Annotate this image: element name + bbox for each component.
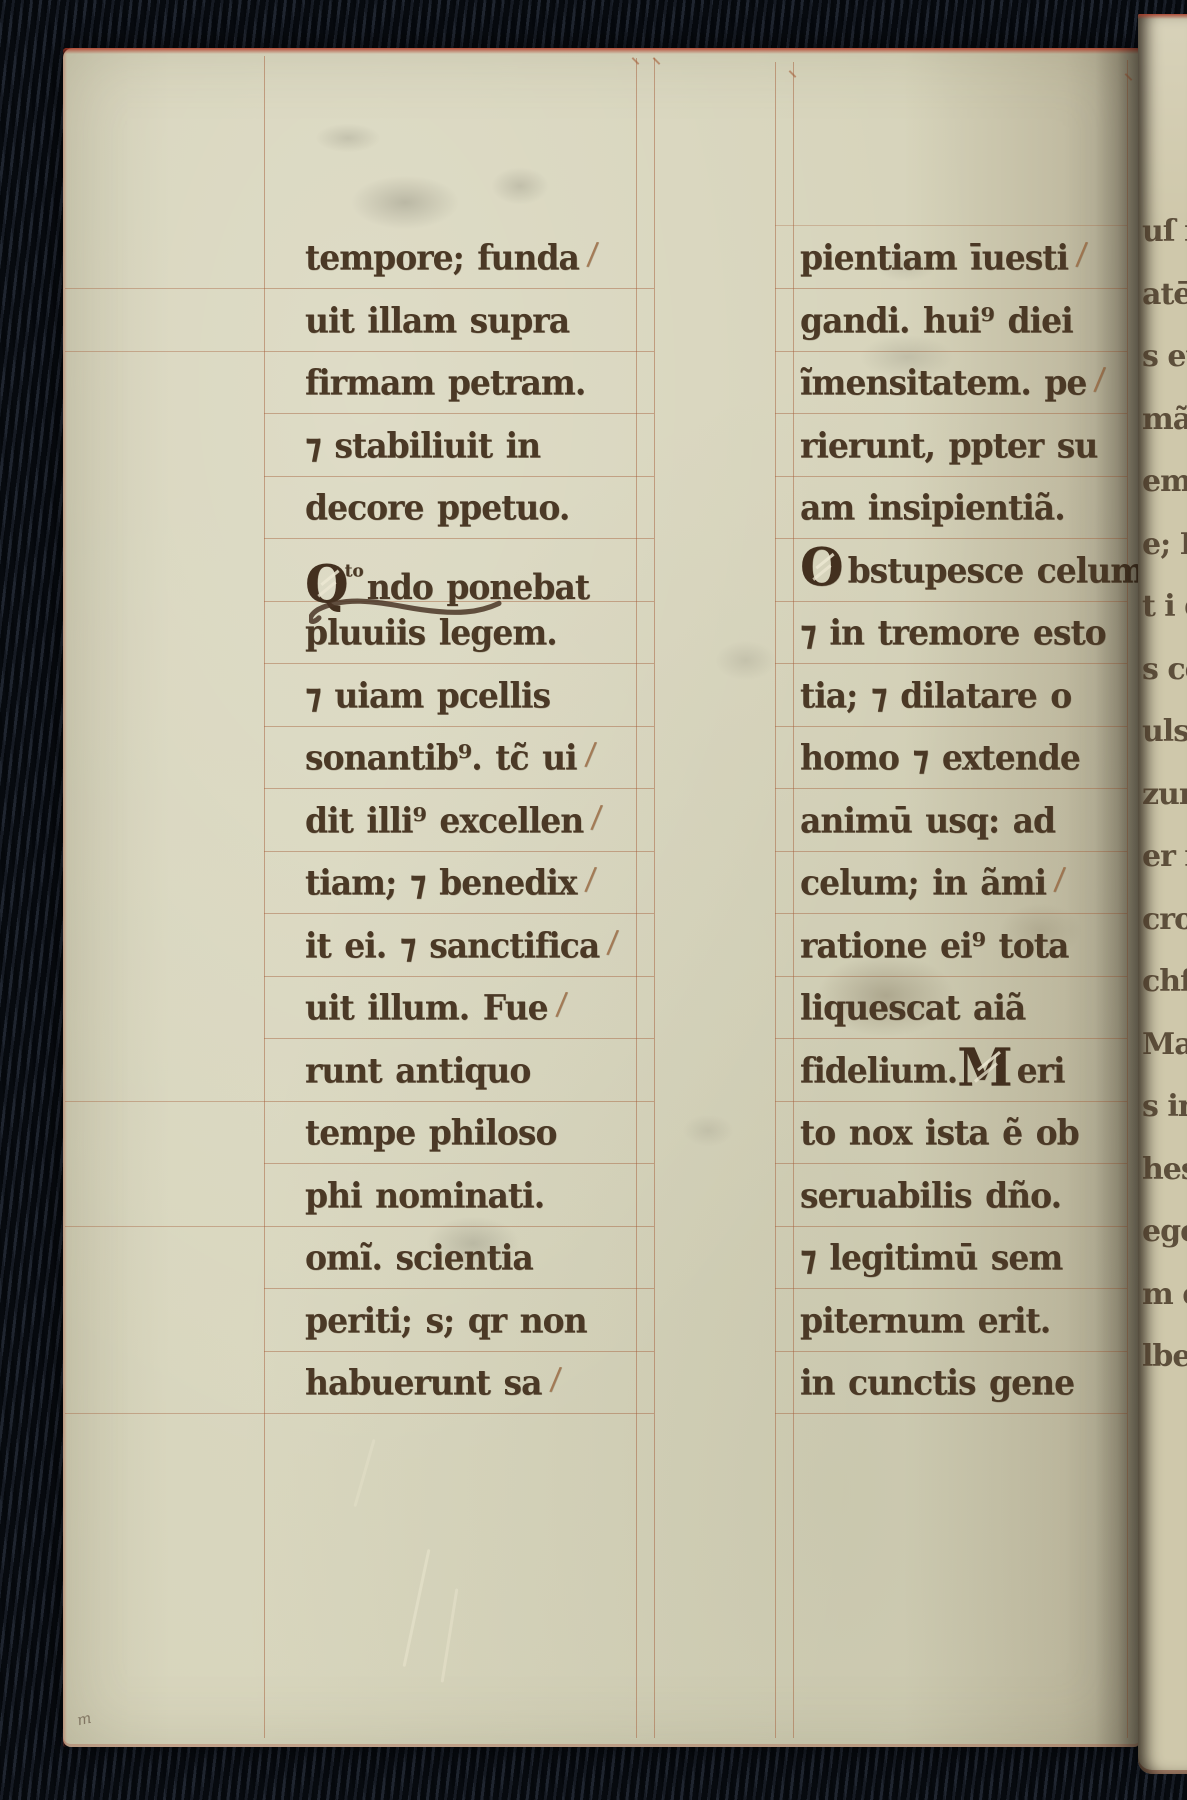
column-ruling-vertical	[654, 58, 655, 1738]
line-filler-stroke: /	[1052, 852, 1067, 909]
manuscript-text-line: uit illum. Fue/	[305, 980, 565, 1042]
line-text: ĩmensitatem. pe	[800, 362, 1086, 403]
line-text: uit illam supra	[305, 300, 569, 341]
line-ruling-margin-extension	[65, 1413, 264, 1414]
manuscript-text-line: seruabilis dño.	[800, 1168, 1061, 1230]
line-text: phi nominati.	[305, 1175, 544, 1216]
manuscript-text-line: pluuiis legem.	[305, 605, 557, 667]
line-text: ⁊ stabiliuit in	[305, 425, 540, 466]
line-text: gandi. hui⁹ diei	[800, 300, 1073, 341]
line-filler-stroke: /	[1092, 352, 1107, 409]
line-text: omĩ. scientia	[305, 1237, 533, 1278]
ink-smudge	[330, 165, 480, 240]
manuscript-text-line: uit illam supra	[305, 293, 569, 355]
line-text: ⁊ legitimū sem	[800, 1237, 1062, 1278]
line-text: eri	[1017, 1050, 1065, 1091]
line-text: tempore; funda	[305, 237, 579, 278]
manuscript-text-line: it ei. ⁊ sanctifica/	[305, 918, 616, 980]
next-folio-line-fragment: er ſpei	[1142, 839, 1187, 874]
line-text: decore ppetuo.	[305, 487, 569, 528]
line-filler-stroke: /	[553, 977, 568, 1034]
line-text: bstupesce celum.	[848, 550, 1155, 591]
line-text: tiam; ⁊ benedix	[305, 862, 577, 903]
manuscript-text-line: tia; ⁊ dilatare o	[800, 668, 1071, 730]
line-text: ⁊ uiam pcellis	[305, 675, 550, 716]
manuscript-text-line: tempe philoso	[305, 1105, 556, 1167]
line-text: in cunctis gene	[800, 1362, 1074, 1403]
line-text: seruabilis dño.	[800, 1175, 1061, 1216]
line-text: runt antiquo	[305, 1050, 530, 1091]
line-filler-stroke: /	[1074, 227, 1089, 284]
line-ruling-margin-extension	[65, 1101, 264, 1102]
manuscript-text-line: habuerunt sa/	[305, 1355, 559, 1417]
manuscript-text-line: ⁊ legitimū sem	[800, 1230, 1062, 1292]
next-folio-line-fragment: Mans	[1142, 1027, 1187, 1062]
next-folio-line-fragment: mã ſeī	[1142, 402, 1187, 437]
line-filler-stroke: /	[589, 789, 604, 846]
line-text: firmam petram.	[305, 362, 585, 403]
line-text: piternum erit.	[800, 1300, 1050, 1341]
next-folio-line-fragment: hes z	[1142, 1152, 1187, 1187]
ink-smudge	[673, 1108, 743, 1153]
manuscript-text-line: rierunt, ppter su	[800, 418, 1097, 480]
line-text: it ei. ⁊ sanctifica	[305, 925, 599, 966]
column-ruling-vertical	[264, 56, 265, 1738]
manuscript-text-line: fidelium.Meri	[800, 1043, 1065, 1105]
line-text: habuerunt sa	[305, 1362, 542, 1403]
photograph-background: tempore; funda/uit illam suprafirmam pet…	[0, 0, 1187, 1800]
decorated-initial-m: M	[957, 1047, 1012, 1089]
manuscript-text-line: to nox ista ẽ ob	[800, 1105, 1079, 1167]
next-folio-line-fragment: t i qua	[1142, 589, 1187, 624]
manuscript-text-line: ⁊ uiam pcellis	[305, 668, 550, 730]
line-text: homo ⁊ extende	[800, 737, 1080, 778]
line-text: periti; s; qr non	[305, 1300, 587, 1341]
line-text: am insipientiã.	[800, 487, 1065, 528]
line-filler-stroke: /	[585, 227, 600, 284]
manuscript-text-line: decore ppetuo.	[305, 480, 569, 542]
line-text: animū usq: ad	[800, 800, 1055, 841]
manuscript-text-line: ⁊ in tremore esto	[800, 605, 1106, 667]
line-text: celum; in ãmi	[800, 862, 1046, 903]
next-folio-line-fragment: em al	[1142, 464, 1187, 499]
manuscript-text-line: Qtondo ponebat	[305, 543, 589, 605]
line-text: fidelium.	[800, 1050, 957, 1091]
line-text: pientiam īuesti	[800, 237, 1068, 278]
line-ruling-margin-extension	[65, 1226, 264, 1227]
decorated-initial-o: O	[800, 547, 844, 589]
line-text: ⁊ in tremore esto	[800, 612, 1106, 653]
manuscript-text-line: in cunctis gene	[800, 1355, 1074, 1417]
next-folio-line-fragment: s ethd;	[1142, 339, 1187, 374]
column-ruling-vertical	[636, 58, 637, 1738]
next-folio-line-fragment: uſ in	[1142, 214, 1187, 249]
line-text: to nox ista ẽ ob	[800, 1112, 1079, 1153]
manuscript-text-line: phi nominati.	[305, 1168, 544, 1230]
line-text: uit illum. Fue	[305, 987, 548, 1028]
line-ruling-margin-extension	[65, 288, 264, 289]
next-folio-line-fragment: atē ſp	[1142, 277, 1187, 312]
next-folio-line-fragment: eger da	[1142, 1214, 1187, 1249]
manuscript-text-line: periti; s; qr non	[305, 1293, 587, 1355]
manuscript-text-line: gandi. hui⁹ diei	[800, 293, 1073, 355]
next-folio-line-fragment: lbercio	[1142, 1339, 1187, 1374]
manuscript-text-line: sonantib⁹. tc̃ ui/	[305, 730, 594, 792]
next-folio-edge: uſ inatē ſps ethd;mã ſeīem ale; Ihrt i q…	[1138, 14, 1187, 1774]
line-text: ndo ponebat	[367, 566, 589, 607]
line-text: dit illi⁹ excellen	[305, 800, 583, 841]
manuscript-text-line: liquescat aiã	[800, 980, 1025, 1042]
manuscript-text-line: firmam petram.	[305, 355, 585, 417]
line-text: rierunt, ppter su	[800, 425, 1097, 466]
line-ruling-right-column-top	[775, 225, 1127, 226]
next-folio-line-fragment: uls bīt	[1142, 714, 1187, 749]
manuscript-text-line: tempore; funda/	[305, 230, 596, 292]
surface-scratch	[353, 1439, 375, 1507]
column-ruling-vertical	[793, 62, 794, 1738]
manuscript-text-line: am insipientiã.	[800, 480, 1065, 542]
manuscript-page: tempore; funda/uit illam suprafirmam pet…	[63, 48, 1140, 1747]
next-folio-line-fragment: s inoſta	[1142, 1089, 1187, 1124]
manuscript-text-line: piternum erit.	[800, 1293, 1050, 1355]
ink-smudge	[480, 160, 560, 212]
manuscript-text-line: omĩ. scientia	[305, 1230, 533, 1292]
manuscript-text-line: dit illi⁹ excellen/	[305, 793, 600, 855]
manuscript-text-line: ⁊ stabiliuit in	[305, 418, 540, 480]
surface-scratch	[441, 1588, 459, 1682]
manuscript-text-line: pientiam īuesti/	[800, 230, 1085, 292]
line-text: tempe philoso	[305, 1112, 556, 1153]
ink-smudge	[303, 118, 393, 158]
next-folio-line-fragment: s cetera	[1142, 652, 1187, 687]
line-filler-stroke: /	[547, 1352, 562, 1409]
manuscript-text-line: ratione ei⁹ tota	[800, 918, 1068, 980]
line-text: liquescat aiã	[800, 987, 1025, 1028]
line-text: sonantib⁹. tc̃ ui	[305, 737, 577, 778]
column-ruling-vertical	[1127, 60, 1128, 1738]
next-folio-line-fragment: zumur	[1142, 777, 1187, 812]
ruling-guide-tick	[1125, 73, 1133, 81]
line-filler-stroke: /	[582, 727, 597, 784]
manuscript-text-line: ĩmensitatem. pe/	[800, 355, 1104, 417]
next-folio-line-fragment: chſ qo7	[1142, 964, 1187, 999]
manuscript-text-line: celum; in ãmi/	[800, 855, 1063, 917]
manuscript-text-line: Obstupesce celum.	[800, 543, 1155, 605]
marginal-scribble: m	[75, 1709, 93, 1730]
manuscript-text-line: homo ⁊ extende	[800, 730, 1080, 792]
line-text: pluuiis legem.	[305, 612, 557, 653]
line-filler-stroke: /	[582, 852, 597, 909]
line-text: ratione ei⁹ tota	[800, 925, 1068, 966]
manuscript-text-line: animū usq: ad	[800, 793, 1055, 855]
line-text: tia; ⁊ dilatare o	[800, 675, 1071, 716]
manuscript-text-line: tiam; ⁊ benedix/	[305, 855, 594, 917]
manuscript-text-line: runt antiquo	[305, 1043, 530, 1105]
column-ruling-vertical	[775, 62, 776, 1738]
surface-scratch	[403, 1549, 431, 1667]
line-ruling-margin-extension	[65, 351, 264, 352]
line-filler-stroke: /	[605, 914, 620, 971]
decorated-initial-q: Q	[305, 563, 349, 605]
next-folio-line-fragment: m ertr	[1142, 1277, 1187, 1312]
next-folio-line-fragment: cro terre	[1142, 902, 1187, 937]
next-folio-line-fragment: e; Ihr	[1142, 527, 1187, 562]
